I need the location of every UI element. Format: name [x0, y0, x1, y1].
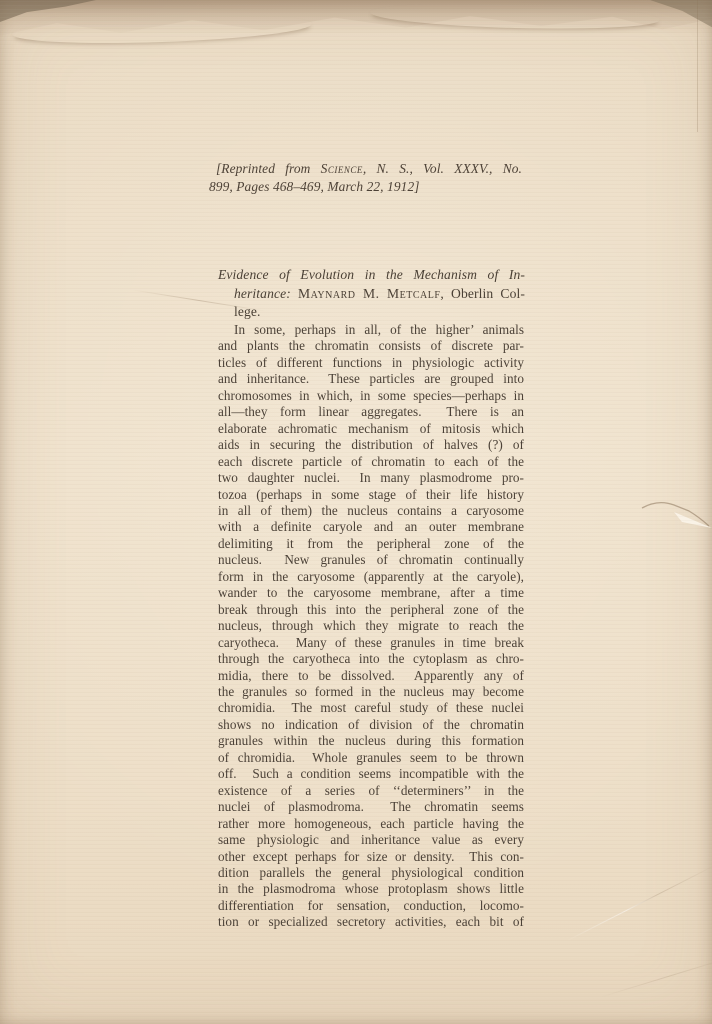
body-line: in the plasmodroma whose protoplasm show… [218, 881, 524, 897]
body-line: ticles of different functions in physiol… [218, 355, 524, 371]
title-line-3: lege. [218, 303, 525, 322]
tear-mark [596, 486, 712, 532]
body-line: wander to the caryosome membrane, after … [218, 585, 524, 601]
body-line: with a definite caryole and an outer mem… [218, 519, 524, 535]
body-line: elaborate achromatic mechanism of mitosi… [218, 421, 524, 437]
citation-prefix: [Reprinted from [216, 161, 321, 176]
title-continuation: heritance: [234, 286, 298, 301]
body-line: existence of a series of ‘‘determiners’’… [218, 783, 524, 799]
body-line: chromidia. The most careful study of the… [218, 700, 524, 716]
paper-page: [Reprinted from Science, N. S., Vol. XXX… [0, 0, 712, 1024]
body-line: off. Such a condition seems incompatible… [218, 766, 524, 782]
article-title: Evidence of Evolution in the Mechanism o… [218, 266, 525, 322]
body-line: chromosomes in which, in some species—pe… [218, 388, 524, 404]
body-line: shows no indication of division of the c… [218, 717, 524, 733]
body-line: nucleus. New granules of chromatin conti… [218, 552, 524, 568]
citation-line-1: [Reprinted from Science, N. S., Vol. XXX… [209, 160, 522, 178]
body-line: each discrete particle of chromatin to e… [218, 454, 524, 470]
article-body: In some, perhaps in all, of the higher’ … [218, 322, 524, 931]
body-line: rather more homogeneous, each particle h… [218, 816, 524, 832]
body-line: the granules so formed in the nucleus ma… [218, 684, 524, 700]
body-line: two daughter nuclei. In many plasmodrome… [218, 470, 524, 486]
body-line: nuclei of plasmodroma. The chromatin see… [218, 799, 524, 815]
body-line: tozoa (perhaps in some stage of their li… [218, 487, 524, 503]
title-line-1: Evidence of Evolution in the Mechanism o… [218, 266, 525, 285]
body-line: tion or specialized secretory activities… [218, 914, 524, 930]
body-line: form in the caryosome (apparently at the… [218, 569, 524, 585]
citation-line-2: 899, Pages 468–469, March 22, 1912] [209, 178, 522, 196]
body-line: delimiting it from the peripheral zone o… [218, 536, 524, 552]
body-line: and inheritance. These particles are gro… [218, 371, 524, 387]
reprint-citation: [Reprinted from Science, N. S., Vol. XXX… [209, 160, 522, 195]
author-name: Maynard M. Metcalf [298, 286, 440, 301]
body-line: midia, there to be dissolved. Apparently… [218, 668, 524, 684]
body-line: dition parallels the general physiologic… [218, 865, 524, 881]
body-line: of chromidia. Whole granules seem to be … [218, 750, 524, 766]
bottom-right-crease [565, 863, 712, 942]
body-line: in all of them) the nucleus contains a c… [218, 503, 524, 519]
body-line: caryotheca. Many of these granules in ti… [218, 635, 524, 651]
author-affiliation: , Oberlin Col- [440, 286, 525, 301]
citation-suffix: , N. S., Vol. XXXV., No. [363, 161, 522, 176]
body-line: differentiation for sensation, conductio… [218, 898, 524, 914]
bottom-right-crease [601, 956, 712, 998]
body-line: other except perhaps for size or density… [218, 849, 524, 865]
title-line-2: heritance: Maynard M. Metcalf, Oberlin C… [218, 285, 525, 304]
body-line: break through this into the peripheral z… [218, 602, 524, 618]
body-line: same physiologic and inheritance value a… [218, 832, 524, 848]
body-line: and plants the chromatin consists of dis… [218, 338, 524, 354]
body-line: aids in securing the distribution of hal… [218, 437, 524, 453]
body-line: granules within the nucleus during this … [218, 733, 524, 749]
body-line: In some, perhaps in all, of the higher’ … [218, 322, 524, 338]
body-line: all—they form linear aggregates. There i… [218, 404, 524, 420]
body-line: through the caryotheca into the cytoplas… [218, 651, 524, 667]
body-line: nucleus, through which they migrate to r… [218, 618, 524, 634]
journal-name: Science [321, 161, 363, 176]
